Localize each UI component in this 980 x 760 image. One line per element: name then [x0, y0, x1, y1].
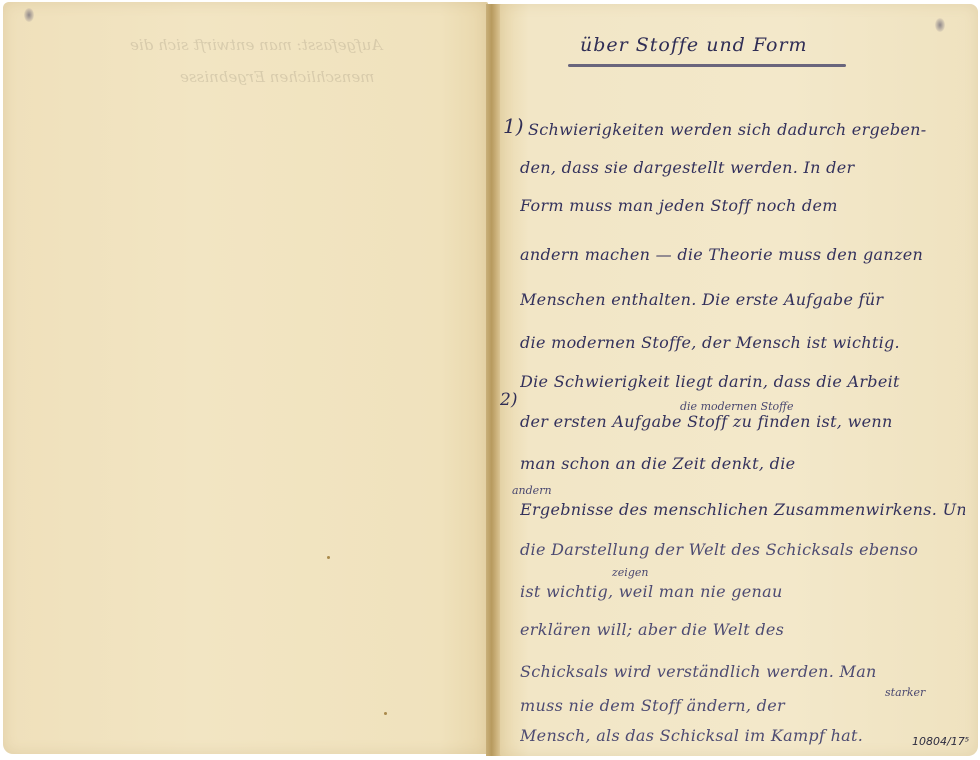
interlinear-insertion: zeigen: [612, 566, 648, 579]
archive-number: 10804/17⁵: [912, 735, 969, 748]
manuscript-line: ist wichtig, weil man nie genau: [520, 582, 965, 601]
manuscript-title: über Stoffe und Form: [580, 34, 808, 56]
manuscript-line: erklären will; aber die Welt des: [520, 620, 965, 639]
notebook-spread: Aufgefasst: man entwirft sich die mensch…: [0, 0, 980, 760]
manuscript-line: Mensch, als das Schicksal im Kampf hat.: [520, 726, 965, 745]
paper-speck: [384, 712, 387, 715]
interlinear-insertion: starker: [885, 686, 925, 699]
interlinear-insertion: die modernen Stoffe: [680, 400, 794, 413]
manuscript-line: Schwierigkeiten werden sich dadurch erge…: [528, 120, 973, 139]
pin-hole-mark: [24, 8, 34, 22]
left-page: [3, 2, 488, 754]
manuscript-line: die Darstellung der Welt des Schicksals …: [520, 540, 965, 559]
manuscript-line: andern machen — die Theorie muss den gan…: [520, 245, 965, 264]
manuscript-line: der ersten Aufgabe Stoff zu finden ist, …: [520, 412, 965, 431]
manuscript-line: Menschen enthalten. Die erste Aufgabe fü…: [520, 290, 965, 309]
manuscript-line: Die Schwierigkeit liegt darin, dass die …: [520, 372, 965, 391]
manuscript-line: den, dass sie dargestellt werden. In der: [520, 158, 965, 177]
show-through-text: Aufgefasst: man entwirft sich die: [130, 36, 382, 54]
interlinear-insertion: andern: [512, 484, 552, 497]
show-through-text: menschlichen Ergebnisse: [180, 68, 374, 86]
manuscript-line: Schicksals wird verständlich werden. Man: [520, 662, 965, 681]
section-marker: 1): [503, 114, 524, 138]
manuscript-line: Form muss man jeden Stoff noch dem: [520, 196, 965, 215]
manuscript-line: man schon an die Zeit denkt, die: [520, 454, 965, 473]
paper-speck: [327, 556, 330, 559]
section-marker: 2): [500, 390, 517, 410]
manuscript-line: Ergebnisse des menschlichen Zusammenwirk…: [520, 500, 965, 519]
manuscript-line: die modernen Stoffe, der Mensch ist wich…: [520, 333, 965, 352]
pin-hole-mark: [935, 18, 945, 32]
title-underline: [568, 64, 846, 67]
